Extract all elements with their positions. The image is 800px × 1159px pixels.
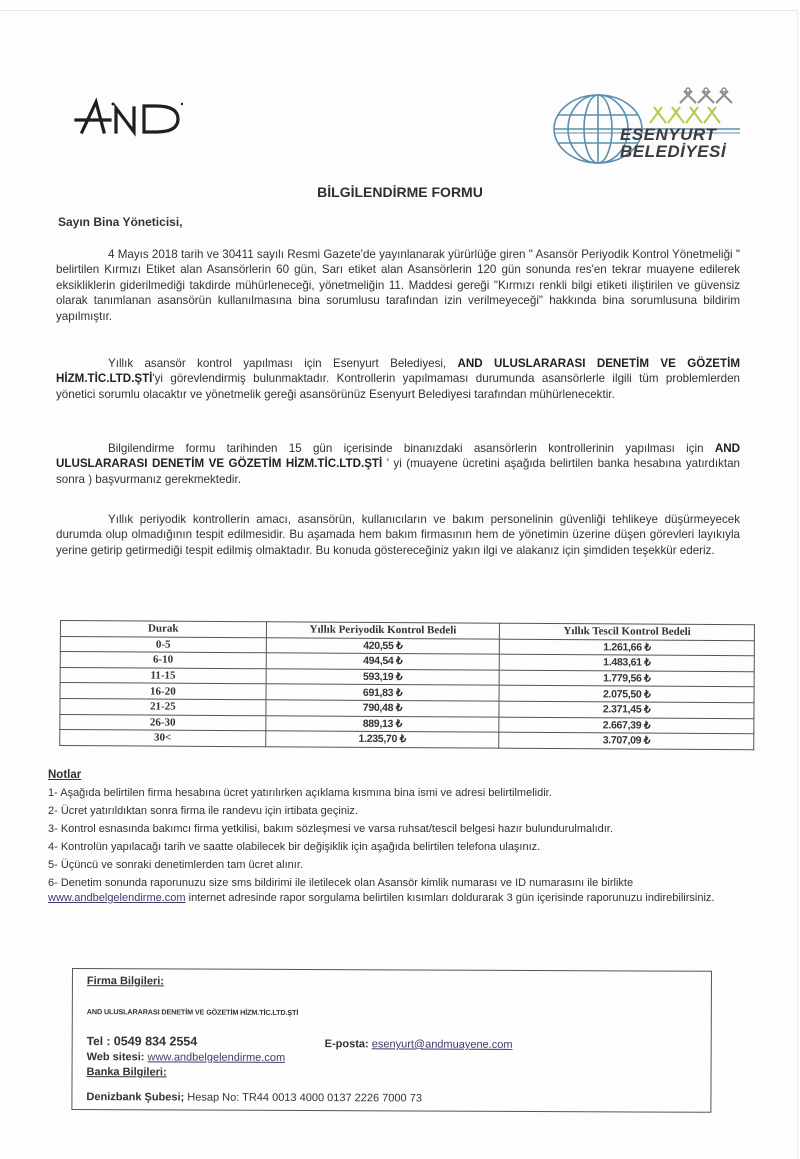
logo-text-line2: BELEDİYESİ bbox=[620, 142, 726, 162]
periyodik-fee-cell: 889,13 ₺ bbox=[266, 715, 500, 732]
durak-cell: 21-25 bbox=[60, 698, 266, 715]
header-periyodik: Yıllık Periyodik Kontrol Bedeli bbox=[266, 622, 500, 639]
periyodik-fee-cell: 494,54 ₺ bbox=[266, 653, 500, 670]
and-logo bbox=[74, 96, 186, 140]
telephone: Tel : 0549 834 2554 bbox=[87, 1034, 198, 1048]
salutation: Sayın Bina Yöneticisi, bbox=[58, 215, 183, 229]
note-item: 6- Denetim sonunda raporunuzu size sms b… bbox=[48, 876, 748, 906]
note-item: 2- Ücret yatırıldıktan sonra firma ile r… bbox=[48, 804, 748, 819]
account-number: TR44 0013 4000 0137 2226 7000 73 bbox=[242, 1092, 422, 1105]
page-edge bbox=[797, 10, 798, 1159]
tescil-fee-cell: 3.707,09 ₺ bbox=[499, 732, 754, 749]
paragraph-4: Yıllık periyodik kontrollerin amacı, asa… bbox=[56, 512, 740, 558]
tescil-fee-cell: 1.261,66 ₺ bbox=[500, 639, 755, 656]
tescil-fee-cell: 2.075,50 ₺ bbox=[499, 686, 754, 703]
website-link[interactable]: www.andbelgelendirme.com bbox=[148, 1051, 286, 1064]
notes-section: Notlar 1- Aşağıda belirtilen firma hesab… bbox=[48, 768, 748, 909]
note-text: internet adresinde rapor sorgulama belir… bbox=[186, 892, 715, 904]
paragraph-2: Yıllık asansör kontrol yapılması için Es… bbox=[56, 356, 740, 402]
periyodik-fee-cell: 691,83 ₺ bbox=[266, 684, 500, 701]
page-edge bbox=[0, 10, 798, 11]
paragraph-text: Yıllık asansör kontrol yapılması için Es… bbox=[108, 357, 458, 370]
durak-cell: 0-5 bbox=[60, 636, 266, 653]
note-item: 4- Kontrolün yapılacağı tarih ve saatte … bbox=[48, 840, 748, 855]
tescil-fee-cell: 2.667,39 ₺ bbox=[499, 717, 754, 734]
paragraph-text: 'yi görevlendirmiş bulunmaktadır. Kontro… bbox=[56, 372, 740, 400]
tescil-fee-cell: 1.483,61 ₺ bbox=[500, 654, 755, 671]
durak-cell: 26-30 bbox=[60, 714, 266, 731]
note-item: 3- Kontrol esnasında bakımcı firma yetki… bbox=[48, 822, 748, 837]
document-title: BİLGİLENDİRME FORMU bbox=[0, 184, 800, 200]
periyodik-fee-cell: 790,48 ₺ bbox=[266, 700, 500, 717]
email-label: E-posta: bbox=[325, 1038, 369, 1050]
periyodik-fee-cell: 420,55 ₺ bbox=[266, 637, 500, 654]
tel-label: Tel : bbox=[87, 1034, 111, 1048]
notes-list: 1- Aşağıda belirtilen firma hesabına ücr… bbox=[48, 786, 748, 906]
esenyurt-belediyesi-logo: ESENYURT BELEDİYESİ bbox=[550, 87, 742, 169]
company-info-box: Firma Bilgileri: AND ULUSLARARASI DENETİ… bbox=[71, 968, 712, 1113]
website: Web sitesi: www.andbelgelendirme.com bbox=[87, 1051, 286, 1064]
durak-cell: 30< bbox=[60, 730, 266, 747]
website-link[interactable]: www.andbelgelendirme.com bbox=[48, 892, 186, 904]
fee-table: Durak Yıllık Periyodik Kontrol Bedeli Yı… bbox=[59, 620, 755, 750]
tescil-fee-cell: 2.371,45 ₺ bbox=[499, 701, 754, 718]
header-tescil: Yıllık Tescil Kontrol Bedeli bbox=[500, 623, 755, 640]
table-row: 30<1.235,70 ₺3.707,09 ₺ bbox=[60, 730, 754, 750]
paragraph-3: Bilgilendirme formu tarihinden 15 gün iç… bbox=[56, 441, 740, 487]
header-durak: Durak bbox=[60, 621, 266, 638]
periyodik-fee-cell: 1.235,70 ₺ bbox=[265, 731, 499, 748]
tescil-fee-cell: 1.779,56 ₺ bbox=[499, 670, 754, 687]
note-text: 6- Denetim sonunda raporunuzu size sms b… bbox=[48, 877, 633, 889]
email-link[interactable]: esenyurt@andmuayene.com bbox=[372, 1038, 513, 1051]
paragraph-text: 4 Mayıs 2018 tarih ve 30411 sayılı Resmi… bbox=[56, 248, 740, 323]
bank-account: Denizbank Şubesi; Hesap No: TR44 0013 40… bbox=[86, 1091, 422, 1104]
periyodik-fee-cell: 593,19 ₺ bbox=[266, 669, 500, 686]
paragraph-text: Yıllık periyodik kontrollerin amacı, asa… bbox=[56, 513, 740, 557]
bank-name: Denizbank Şubesi; bbox=[86, 1091, 184, 1103]
note-item: 1- Aşağıda belirtilen firma hesabına ücr… bbox=[48, 786, 748, 801]
company-name: AND ULUSLARARASI DENETİM VE GÖZETİM HİZM… bbox=[87, 1007, 299, 1017]
durak-cell: 6-10 bbox=[60, 652, 266, 669]
paragraph-1: 4 Mayıs 2018 tarih ve 30411 sayılı Resmi… bbox=[56, 247, 740, 324]
account-label: Hesap No: bbox=[187, 1092, 239, 1104]
notes-heading: Notlar bbox=[48, 768, 748, 783]
durak-cell: 11-15 bbox=[60, 667, 266, 684]
bank-info-heading: Banka Bilgileri: bbox=[87, 1066, 167, 1078]
web-label: Web sitesi: bbox=[87, 1051, 145, 1063]
note-item: 5- Üçüncü ve sonraki denetimlerden tam ü… bbox=[48, 858, 748, 873]
durak-cell: 16-20 bbox=[60, 683, 266, 700]
email: E-posta: esenyurt@andmuayene.com bbox=[325, 1038, 513, 1051]
paragraph-text: Bilgilendirme formu tarihinden 15 gün iç… bbox=[108, 442, 715, 455]
company-info-heading: Firma Bilgileri: bbox=[87, 975, 164, 987]
tel-value[interactable]: 0549 834 2554 bbox=[114, 1034, 197, 1048]
